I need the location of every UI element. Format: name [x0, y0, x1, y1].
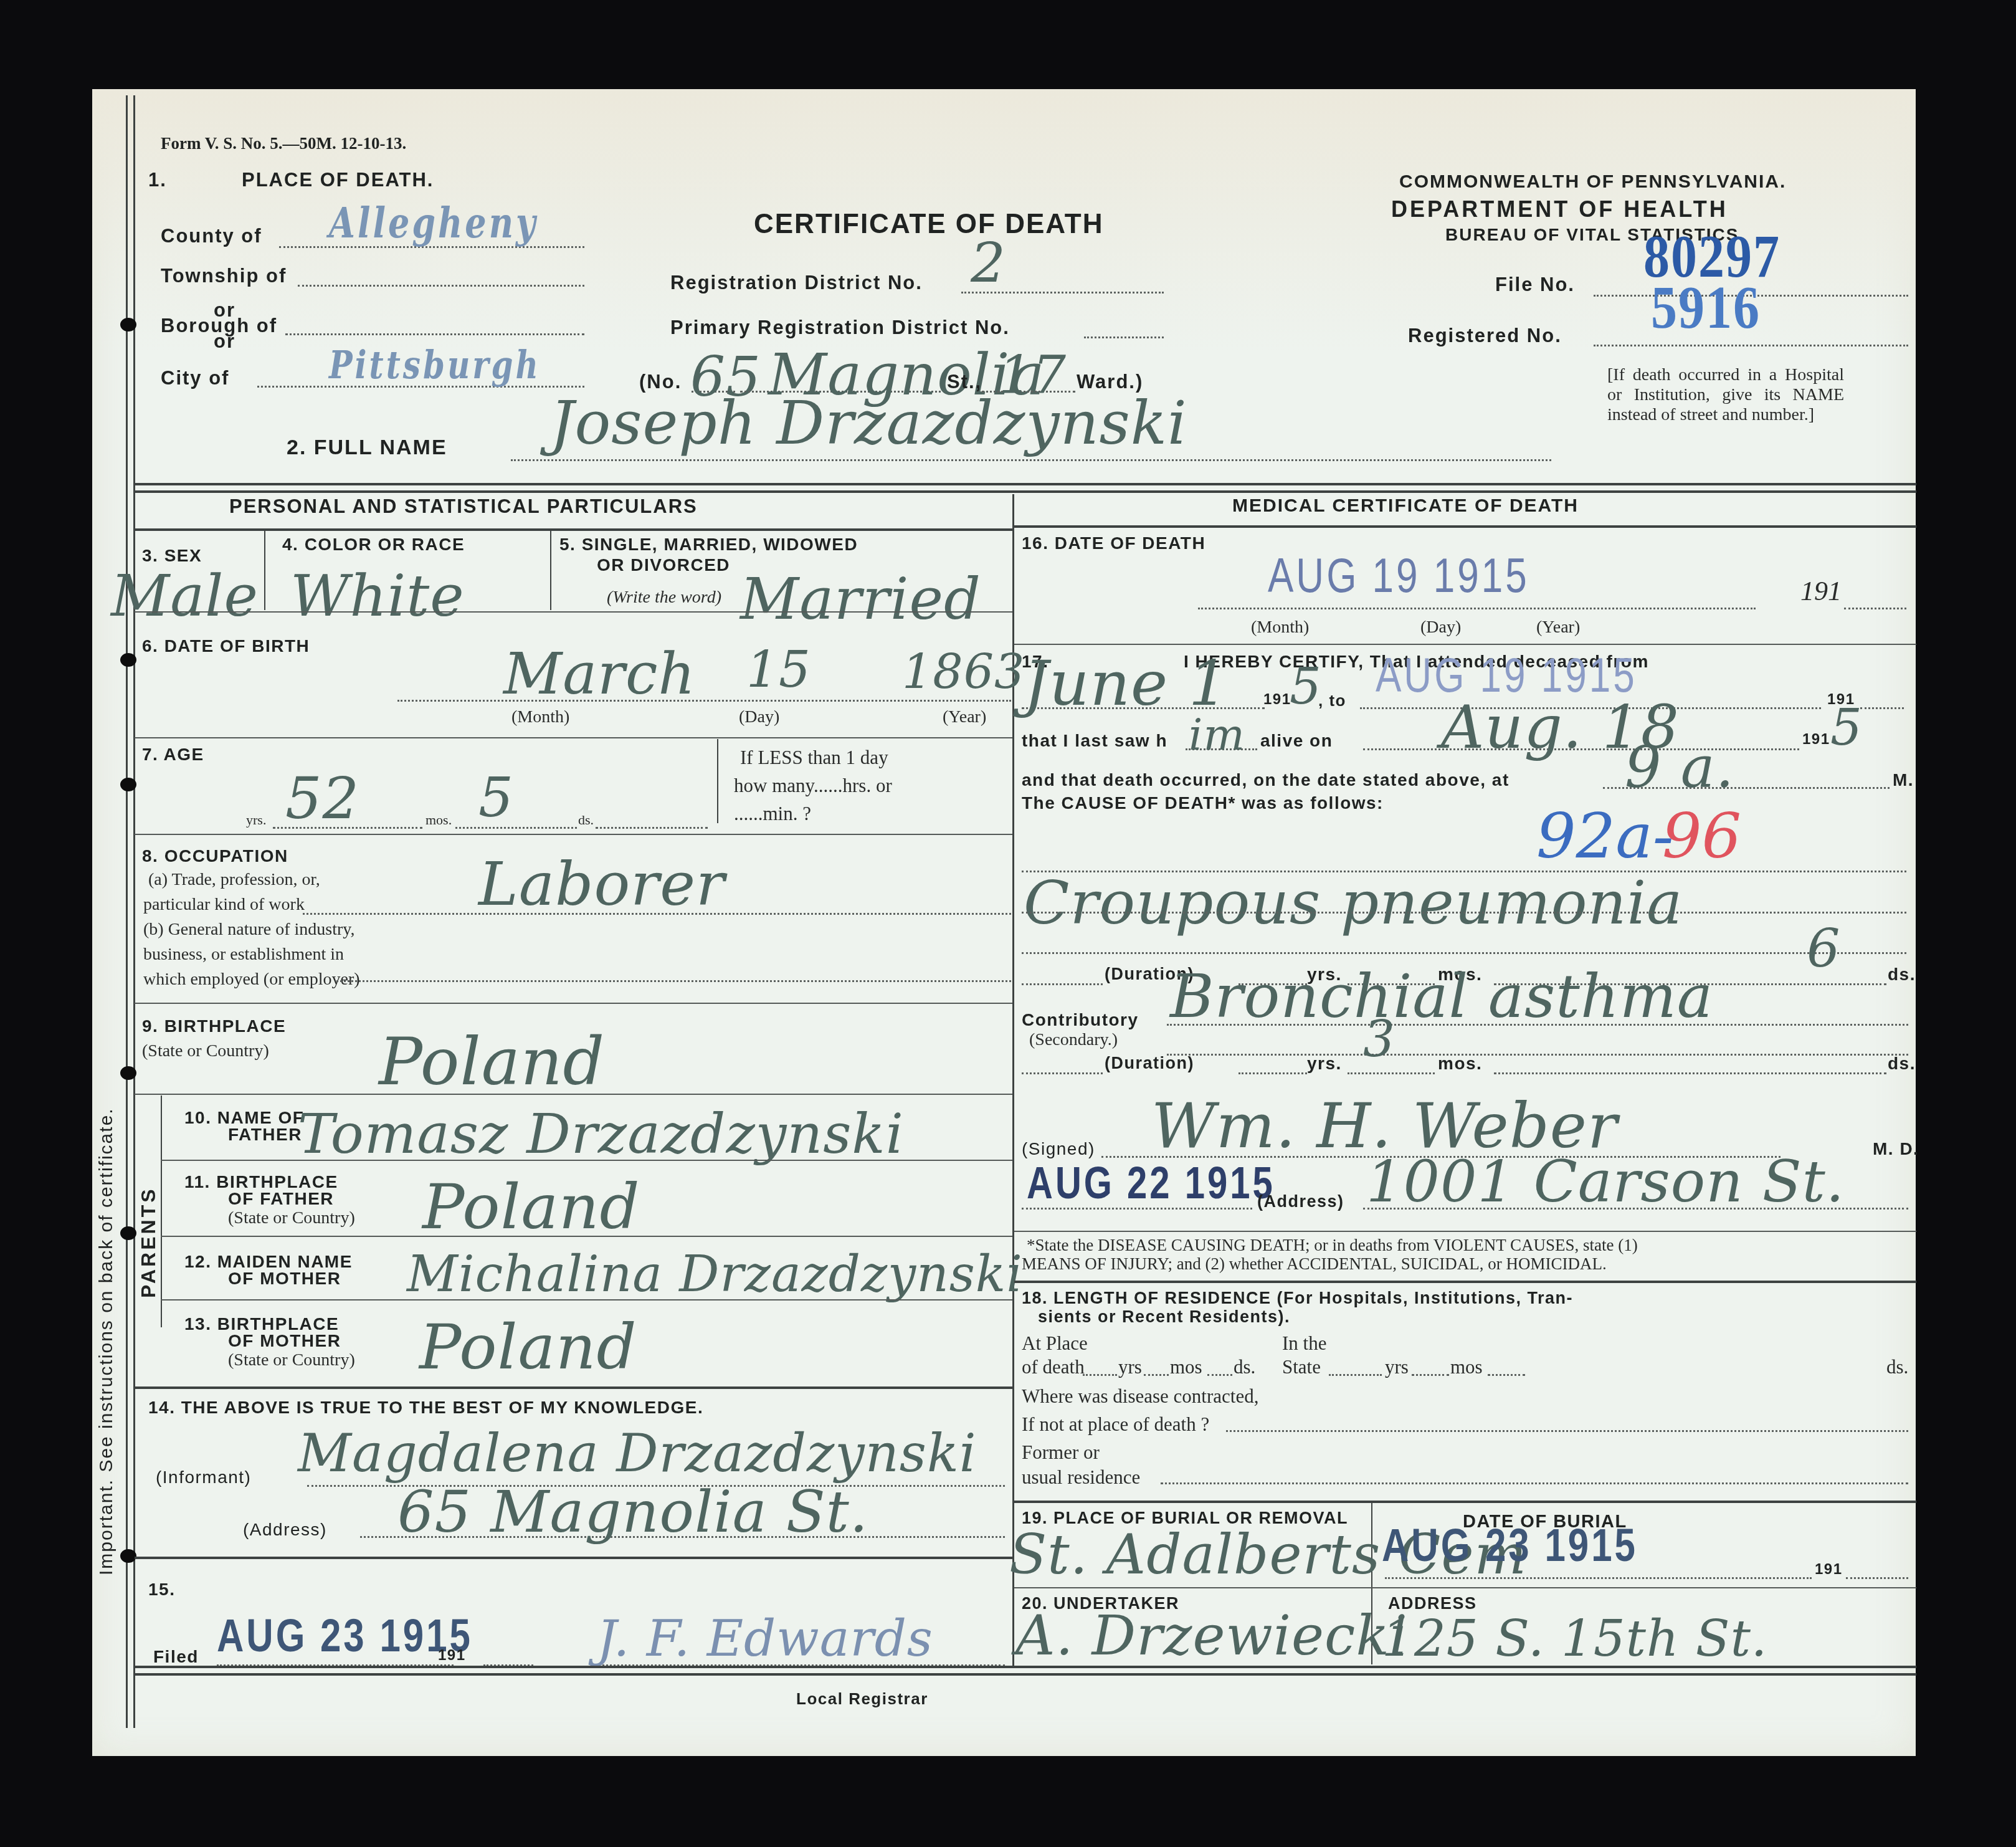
ds-label: ds. — [1886, 1356, 1908, 1378]
from-year-suffix[interactable]: 5 — [1290, 657, 1322, 715]
mother-birthplace-field[interactable]: Poland — [419, 1310, 637, 1383]
month-caption: (Month) — [511, 707, 569, 727]
last-saw-label: that I last saw h — [1022, 731, 1167, 751]
occupation-field[interactable]: Laborer — [478, 849, 725, 919]
mos-label: mos. — [426, 812, 452, 828]
last-seen-year-suffix[interactable]: 5 — [1830, 699, 1863, 756]
divider — [135, 1557, 1012, 1559]
binder-hole — [120, 653, 136, 667]
duration2-mos-field[interactable]: 3 — [1363, 1010, 1396, 1068]
certificate-paper: Important. See instructions on back of c… — [92, 89, 1916, 1756]
undertaker-field[interactable]: A. Drzewiecki — [1015, 1603, 1408, 1668]
cause-of-death-label: The CAUSE OF DEATH* was as follows: — [1022, 793, 1384, 813]
burial-date-stamp[interactable]: AUG 23 1915 — [1382, 1518, 1638, 1572]
file-no-label: File No. — [1495, 274, 1575, 296]
date-of-death-stamp[interactable]: AUG 19 1915 — [1268, 548, 1529, 604]
filed-year-suffix: 191 — [438, 1647, 466, 1664]
in-state-yrs-field[interactable] — [1329, 1374, 1382, 1376]
binder-hole — [120, 1226, 136, 1240]
full-name-line — [511, 459, 1551, 461]
less-than-day-line-3: ......min. ? — [734, 803, 811, 825]
registered-no-line — [1594, 345, 1908, 346]
less-than-day-line-1: If LESS than 1 day — [740, 747, 888, 769]
place-of-death-heading: PLACE OF DEATH. — [242, 169, 434, 191]
duration-line — [1022, 983, 1103, 985]
at-place-label-1: At Place — [1022, 1332, 1088, 1355]
age-months-field[interactable]: 5 — [478, 765, 514, 829]
residence-label-2: sients or Recent Residents). — [1038, 1307, 1290, 1327]
divider — [135, 834, 1012, 835]
mother-name-field[interactable]: Michalina Drzazdzynski — [407, 1245, 1023, 1303]
city-field[interactable]: Pittsburgh — [329, 341, 541, 388]
divider — [161, 1299, 1012, 1301]
mos-label: mos — [1450, 1356, 1483, 1378]
day-caption: (Day) — [1420, 618, 1461, 637]
in-state-mos-field[interactable] — [1412, 1374, 1449, 1376]
full-name-field[interactable]: Joseph Drzazdzynski — [550, 388, 1187, 458]
father-birthplace-field[interactable]: Poland — [422, 1170, 640, 1243]
footer-divider — [135, 1673, 1916, 1676]
ds-label: ds. — [578, 812, 594, 828]
mother-birthplace-sub: (State or Country) — [228, 1350, 355, 1370]
contributory-line — [1167, 1054, 1908, 1056]
occupation-a-2: particular kind of work — [143, 895, 305, 915]
medical-certificate-heading: MEDICAL CERTIFICATE OF DEATH — [1232, 495, 1579, 517]
date-of-death-label: 16. DATE OF DEATH — [1022, 533, 1205, 553]
undertaker-address-field[interactable]: 125 S. 15th St. — [1382, 1610, 1767, 1668]
signed-date-stamp[interactable]: AUG 22 1915 — [1027, 1157, 1275, 1209]
last-seen-year-prefix: 191 — [1802, 731, 1830, 748]
former-residence-label-2: usual residence — [1022, 1466, 1140, 1489]
contributory-sub: (Secondary.) — [1029, 1030, 1118, 1050]
county-label: County of — [161, 225, 262, 247]
last-saw-pronoun-field[interactable]: im — [1189, 709, 1245, 760]
divider — [1014, 644, 1916, 645]
divider — [135, 1003, 1012, 1004]
ds-label: ds. — [1888, 1054, 1916, 1074]
at-place-mos-field[interactable] — [1144, 1374, 1169, 1376]
contributory-label: Contributory — [1022, 1010, 1139, 1030]
page-title: CERTIFICATE OF DEATH — [754, 209, 1103, 240]
registration-district-label: Registration District No. — [670, 272, 923, 294]
divider — [1014, 1587, 1916, 1588]
duration2-mos-line — [1348, 1072, 1435, 1074]
binder-hole — [120, 318, 136, 332]
township-label: Township of — [161, 265, 287, 287]
borough-field[interactable] — [285, 333, 584, 335]
informant-address-field[interactable]: 65 Magnolia St. — [397, 1479, 868, 1545]
death-occurred-label: and that death occurred, on the date sta… — [1022, 770, 1510, 790]
footer-divider — [135, 1666, 1916, 1668]
birthplace-field[interactable]: Poland — [379, 1024, 605, 1100]
marital-hint: (Write the word) — [607, 588, 721, 608]
at-place-ds-field[interactable] — [1207, 1374, 1232, 1376]
duration2-yrs-field[interactable] — [1239, 1072, 1307, 1074]
informant-label: (Informant) — [156, 1468, 251, 1487]
margin-rule-inner — [133, 95, 135, 1728]
duration-label: (Duration) — [1105, 1054, 1194, 1073]
date-year-line — [1844, 608, 1906, 609]
informant-statement: 14. THE ABOVE IS TRUE TO THE BEST OF MY … — [148, 1398, 703, 1418]
in-state-label-2: State — [1282, 1356, 1321, 1378]
occupation-a-1: (a) Trade, profession, or, — [148, 870, 320, 890]
cause-line — [1022, 912, 1906, 914]
less-than-day-line-2: how many......hrs. or — [734, 775, 892, 797]
former-residence-field[interactable] — [1161, 1482, 1908, 1484]
or-label: or — [214, 330, 235, 353]
registered-no-field[interactable]: 5916 — [1651, 273, 1761, 343]
date-of-death-line — [1198, 608, 1756, 609]
age-years-field[interactable]: 52 — [285, 765, 359, 832]
to-label: , to — [1318, 691, 1346, 710]
parents-side-label: PARENTS — [137, 1186, 160, 1298]
cause-line — [1022, 952, 1906, 954]
month-caption: (Month) — [1251, 618, 1309, 637]
authority-line-2: DEPARTMENT OF HEALTH — [1391, 196, 1728, 222]
binder-hole — [120, 1549, 136, 1563]
township-field[interactable] — [298, 285, 584, 287]
yrs-label: yrs — [1118, 1356, 1142, 1378]
dob-day-field[interactable]: 15 — [746, 641, 811, 699]
filed-date-stamp[interactable]: AUG 23 1915 — [217, 1608, 473, 1662]
race-field[interactable]: White — [290, 563, 465, 629]
occupation-b-2: business, or establishment in — [143, 945, 344, 965]
father-name-label-2: FATHER — [228, 1125, 302, 1145]
at-place-yrs-field[interactable] — [1083, 1374, 1117, 1376]
binder-hole — [120, 1066, 136, 1080]
parents-divider — [161, 1095, 162, 1327]
contributory-field[interactable]: Bronchial asthma — [1170, 962, 1713, 1031]
section-15-number: 15. — [148, 1580, 175, 1600]
divider — [161, 1236, 1012, 1237]
divider — [1014, 1501, 1916, 1503]
contracted-field[interactable] — [1226, 1430, 1908, 1432]
age-label: 7. AGE — [142, 745, 204, 765]
father-name-field[interactable]: Tomasz Drzazdzynski — [298, 1102, 904, 1166]
burial-year-prefix: 191 — [1815, 1561, 1843, 1578]
registrar-signature[interactable]: J. F. Edwards — [597, 1610, 933, 1668]
hospital-note: [If death occurred in a Hospital or Inst… — [1607, 365, 1844, 425]
informant-address-label: (Address) — [243, 1520, 327, 1540]
full-name-label: 2. FULL NAME — [287, 436, 447, 460]
in-state-label-1: In the — [1282, 1332, 1326, 1355]
birthplace-sub: (State or Country) — [142, 1041, 269, 1061]
form-number: Form V. S. No. 5.—50M. 12-10-13. — [161, 134, 406, 153]
duration2-ds-field[interactable] — [1494, 1072, 1886, 1074]
divider — [135, 528, 1012, 531]
header-divider — [135, 490, 1916, 493]
mos-label: mos. — [1438, 1054, 1482, 1074]
divider — [717, 739, 718, 823]
marital-label-1: 5. SINGLE, MARRIED, WIDOWED — [559, 535, 858, 555]
mother-birthplace-label-2: OF MOTHER — [228, 1331, 341, 1351]
marital-field[interactable]: Married — [740, 566, 981, 632]
registration-district-field[interactable]: 2 — [971, 231, 1006, 295]
occupation-b-3: which employed (or employer) — [143, 970, 360, 990]
divider — [135, 1386, 1012, 1389]
duration1-ds-field[interactable]: 6 — [1807, 918, 1840, 979]
mos-label: mos — [1170, 1356, 1202, 1378]
divider — [135, 737, 1012, 738]
divider — [135, 611, 1012, 613]
county-field[interactable]: Allegheny — [329, 198, 538, 247]
time-of-death-field[interactable]: 9 a. — [1625, 734, 1734, 801]
from-year-prefix: 191 — [1263, 691, 1291, 709]
md-label: M. D. — [1873, 1139, 1919, 1159]
divider — [1014, 1231, 1916, 1232]
former-residence-label-1: Former or — [1022, 1441, 1100, 1464]
father-birthplace-sub: (State or Country) — [228, 1208, 355, 1228]
divider — [135, 1094, 1012, 1095]
personal-particulars-heading: PERSONAL AND STATISTICAL PARTICULARS — [229, 495, 698, 518]
residence-label-1: 18. LENGTH OF RESIDENCE (For Hospitals, … — [1022, 1289, 1573, 1308]
section-1-number: 1. — [148, 169, 167, 191]
year-caption: (Year) — [1536, 618, 1580, 637]
year-caption: (Year) — [943, 707, 986, 727]
dob-label: 6. DATE OF BIRTH — [142, 636, 310, 656]
to-year-line — [1860, 707, 1904, 709]
informant-field[interactable]: Magdalena Drzazdzynski — [298, 1423, 977, 1484]
occupation-b-1: (b) General nature of industry, — [143, 920, 355, 940]
day-caption: (Day) — [739, 707, 779, 727]
divider — [161, 1160, 1012, 1161]
yrs-label: yrs — [1385, 1356, 1409, 1378]
contracted-label-2: If not at place of death ? — [1022, 1413, 1209, 1436]
burial-year-line — [1846, 1577, 1908, 1579]
contracted-label-1: Where was disease contracted, — [1022, 1385, 1258, 1408]
physician-address-label: (Address) — [1257, 1192, 1344, 1211]
at-place-label-2: of death — [1022, 1356, 1085, 1378]
registered-no-label: Registered No. — [1408, 325, 1562, 347]
duration-line — [1022, 1072, 1103, 1074]
race-label: 4. COLOR OR RACE — [282, 535, 465, 555]
burial-date-line — [1385, 1577, 1812, 1579]
divider — [264, 530, 265, 610]
ds-label: ds. — [1888, 965, 1916, 985]
registrar-label: Local Registrar — [796, 1689, 928, 1709]
dob-year-field[interactable]: 1863 — [902, 644, 1025, 699]
age-months-line — [455, 827, 577, 829]
physician-address-field[interactable]: 1001 Carson St. — [1366, 1148, 1845, 1215]
footnote-line-1: *State the DISEASE CAUSING DEATH; or in … — [1027, 1236, 1638, 1255]
father-birthplace-label-2: OF FATHER — [228, 1189, 334, 1209]
cause-code-blue: 92a- — [1536, 799, 1674, 872]
margin-rule-outer — [126, 95, 128, 1728]
signed-label: (Signed) — [1022, 1139, 1095, 1159]
alive-on-label: alive on — [1260, 731, 1333, 751]
divider — [1014, 1281, 1916, 1283]
primary-district-field[interactable] — [1084, 336, 1164, 338]
divider — [1014, 525, 1916, 528]
dob-line — [397, 700, 1011, 702]
yrs-label: yrs. — [246, 812, 266, 828]
divider — [550, 530, 551, 610]
dob-month-field[interactable]: March — [503, 641, 696, 707]
industry-field[interactable] — [336, 980, 1011, 982]
date-year-prefix: 191 — [1800, 575, 1842, 607]
primary-district-label: Primary Registration District No. — [670, 317, 1010, 339]
mother-name-label-2: OF MOTHER — [228, 1269, 341, 1289]
binder-hole — [120, 778, 136, 791]
m-label: M. — [1893, 770, 1914, 790]
city-label: City of — [161, 367, 229, 389]
occupation-label: 8. OCCUPATION — [142, 846, 288, 866]
cause-of-death-field[interactable]: Croupous pneumonia — [1024, 868, 1683, 938]
ds-label: ds. — [1234, 1356, 1255, 1378]
birthplace-label: 9. BIRTHPLACE — [142, 1016, 286, 1036]
marital-label-2: OR DIVORCED — [597, 555, 730, 575]
filed-label: Filed — [153, 1647, 199, 1667]
age-days-field[interactable] — [596, 827, 708, 829]
in-state-ds-field[interactable] — [1488, 1374, 1525, 1376]
footnote-line-2: MEANS OF INJURY; and (2) whether ACCIDEN… — [1022, 1254, 1607, 1274]
header-divider — [135, 483, 1916, 485]
margin-instruction-note: Important. See instructions on back of c… — [96, 1107, 117, 1575]
authority-line-1: COMMONWEALTH OF PENNSYLVANIA. — [1399, 171, 1786, 193]
yrs-label: yrs. — [1307, 1054, 1342, 1074]
sex-field[interactable]: Male — [111, 563, 259, 629]
cause-code-red: 96 — [1662, 799, 1741, 872]
